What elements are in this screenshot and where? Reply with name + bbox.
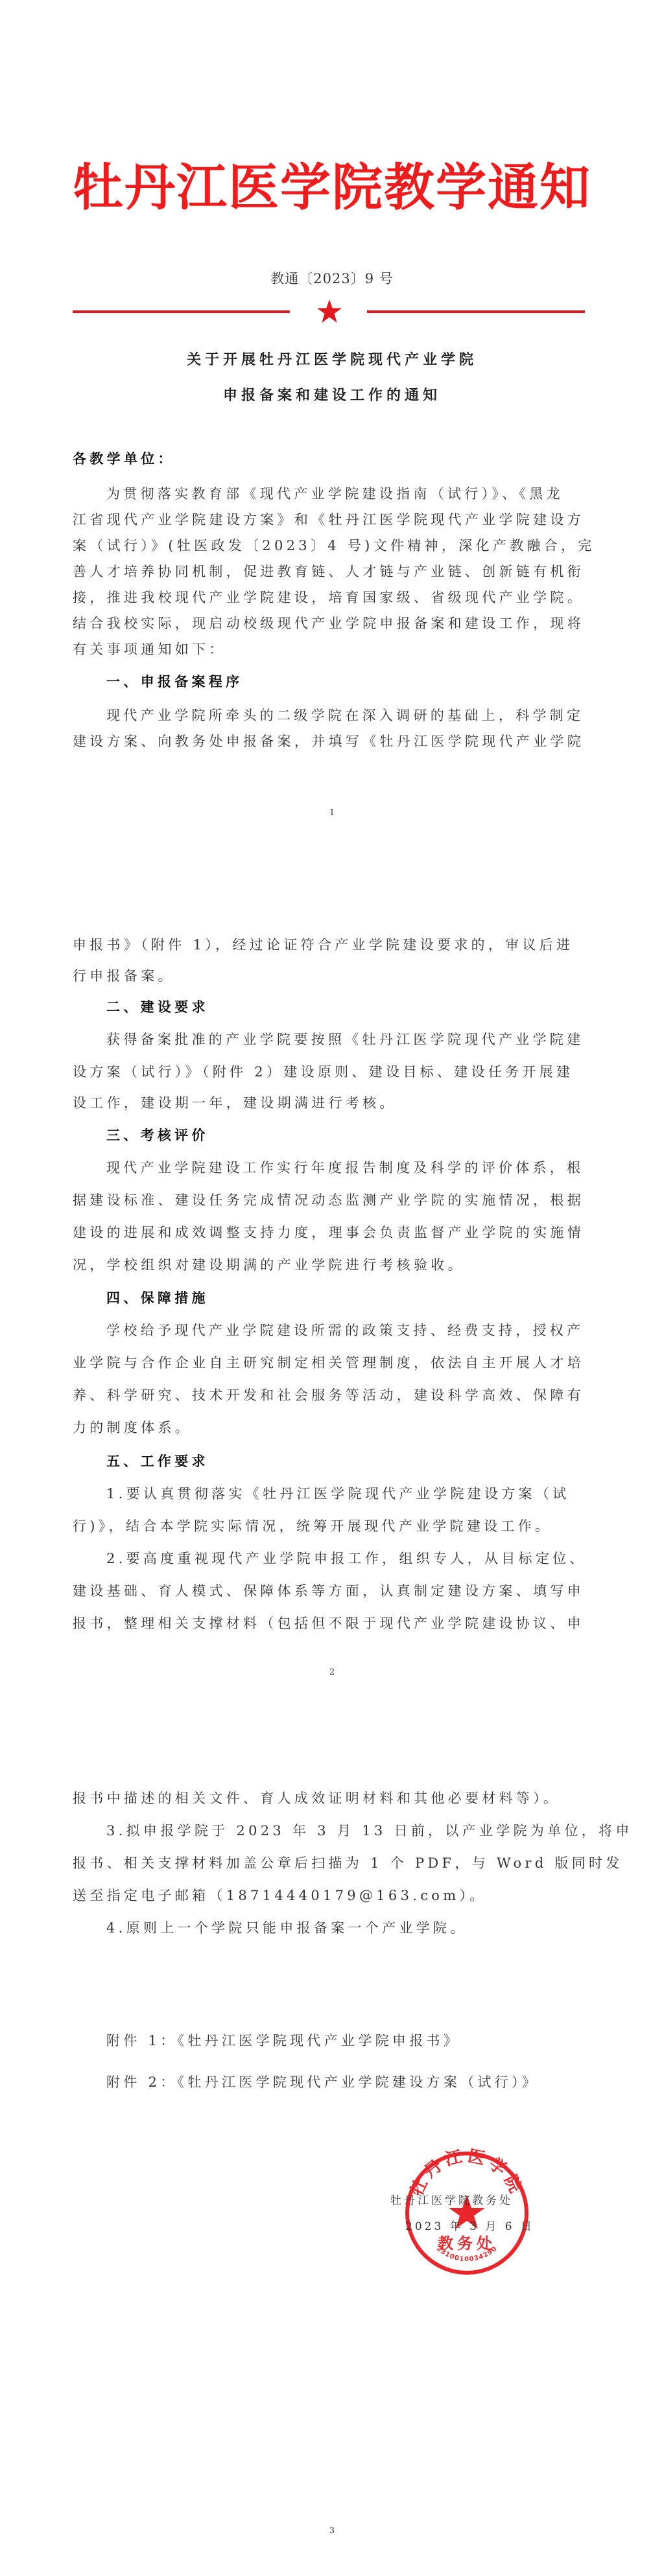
page-number-1: 1 [0, 808, 664, 818]
page-number-2: 2 [0, 1667, 664, 1677]
section5-line: 4.原则上一个学院只能申报备案一个产业学院。 [106, 1918, 625, 1938]
section3-line: 现代产业学院建设工作实行年度报告制度及科学的评价体系，根 [106, 1158, 625, 1178]
section5-line: 建设基础、育人模式、保障体系等方面，认真制定建设方案、填写申 [73, 1581, 591, 1601]
notice-masthead-title: 牡丹江医学院教学通知 [0, 156, 664, 220]
section4-line: 力的制度体系。 [73, 1418, 591, 1437]
intro-line: 有关事项通知如下： [73, 640, 591, 659]
svg-text:教务处: 教务处 [438, 2234, 496, 2253]
section4-line: 业学院与合作企业自主研究制定相关管理制度，依法自主开展人才培 [73, 1353, 591, 1373]
section-heading-2: 二、建设要求 [106, 997, 625, 1017]
section5-line: 1.要认真贯彻落实《牡丹江医学院现代产业学院建设方案（试 [106, 1484, 625, 1503]
section2-line: 设方案（试行）》（附件 2）建设原则、建设目标、建设任务开展建 [73, 1062, 591, 1082]
section5-line: 2.要高度重视现代产业学院申报工作，组织专人，从目标定位、 [106, 1549, 625, 1568]
section2-line: 设工作，建设期一年，建设期满进行考核。 [73, 1093, 591, 1113]
official-seal-icon: 牡丹江医学院 教务处 2310010034290 [402, 2148, 532, 2278]
section3-line: 据建设标准、建设任务完成情况动态监测产业学院的实施情况，根据 [73, 1190, 591, 1210]
section4-line: 学校给予现代产业学院建设所需的政策支持、经费支持，授权产 [106, 1321, 625, 1340]
section1-line: 现代产业学院所牵头的二级学院在深入调研的基础上，科学制定 [106, 706, 625, 725]
section1-line: 建设方案、向教务处申报备案，并填写《牡丹江医学院现代产业学院 [73, 732, 591, 751]
issue-date: 2023 年 3 月 6 日 [405, 2217, 534, 2233]
page-number-3: 3 [0, 2526, 664, 2536]
section4-line: 养、科学研究、技术开发和社会服务等活动，建设科学高效、保障有 [73, 1386, 591, 1405]
intro-line: 为贯彻落实教育部《现代产业学院建设指南（试行）》、《黑龙 [106, 484, 625, 504]
section2-line: 获得备案批准的产业学院要按照《牡丹江医学院现代产业学院建 [106, 1030, 625, 1049]
section5-line: 报书，整理相关支撑材料（包括但不限于现代产业学院建设协议、申 [73, 1614, 591, 1633]
section-heading-3: 三、考核评价 [106, 1126, 625, 1145]
section-heading-5: 五、工作要求 [106, 1452, 625, 1471]
section5-line: 3.拟申报学院于 2023 年 3 月 13 日前，以产业学院为单位，将申 [106, 1821, 625, 1840]
section1-line: 行申报备案。 [73, 966, 591, 986]
intro-line: 接，推进我校现代产业学院建设，培育国家级、省级现代产业学院。 [73, 588, 591, 607]
section3-line: 建设的进展和成效调整支持力度，理事会负责监督产业学院的实施情 [73, 1223, 591, 1242]
intro-line: 案（试行）》(牡医政发〔2023〕4 号)文件精神，深化产教融合，完 [73, 536, 591, 555]
red-divider-right [367, 310, 585, 313]
attachment-1: 附件 1：《牡丹江医学院现代产业学院申报书》 [106, 2031, 625, 2050]
section1-line: 申报书》（附件 1），经过论证符合产业学院建设要求的，审议后进 [73, 935, 591, 955]
section-heading-4: 四、保障措施 [106, 1288, 625, 1308]
intro-line: 结合我校实际，现启动校级现代产业学院申报备案和建设工作，现将 [73, 614, 591, 633]
salutation: 各教学单位： [73, 449, 591, 469]
subtitle-line-1: 关于开展牡丹江医学院现代产业学院 [0, 349, 664, 369]
red-star-icon [316, 298, 342, 324]
section-heading-1: 一、申报备案程序 [106, 672, 625, 691]
issuer-name: 牡丹江医学院教务处 [390, 2191, 513, 2207]
section5-line: 报书中描述的相关文件、育人成效证明材料和其他必要材料等）。 [73, 1789, 591, 1808]
document-number: 教通〔2023〕9 号 [0, 268, 664, 288]
attachment-2: 附件 2：《牡丹江医学院现代产业学院建设方案（试行）》 [106, 2072, 625, 2092]
section5-line: 行)》，结合本学院实际情况，统筹开展现代产业学院建设工作。 [73, 1516, 591, 1536]
subtitle-line-2: 申报备案和建设工作的通知 [0, 384, 664, 404]
section3-line: 况，学校组织对建设期满的产业学院进行考核验收。 [73, 1255, 591, 1275]
intro-line: 善人才培养协同机制，促进教育链、人才链与产业链、创新链有机衔 [73, 562, 591, 581]
section5-line: 报书、相关支撑材料加盖公章后扫描为 1 个 PDF，与 Word 版同时发 [73, 1853, 591, 1873]
red-divider-left [73, 310, 290, 313]
section5-line: 送至指定电子邮箱（18714440179@163.com）。 [73, 1886, 591, 1905]
intro-line: 江省现代产业学院建设方案》和《牡丹江医学院现代产业学院建设方 [73, 510, 591, 529]
